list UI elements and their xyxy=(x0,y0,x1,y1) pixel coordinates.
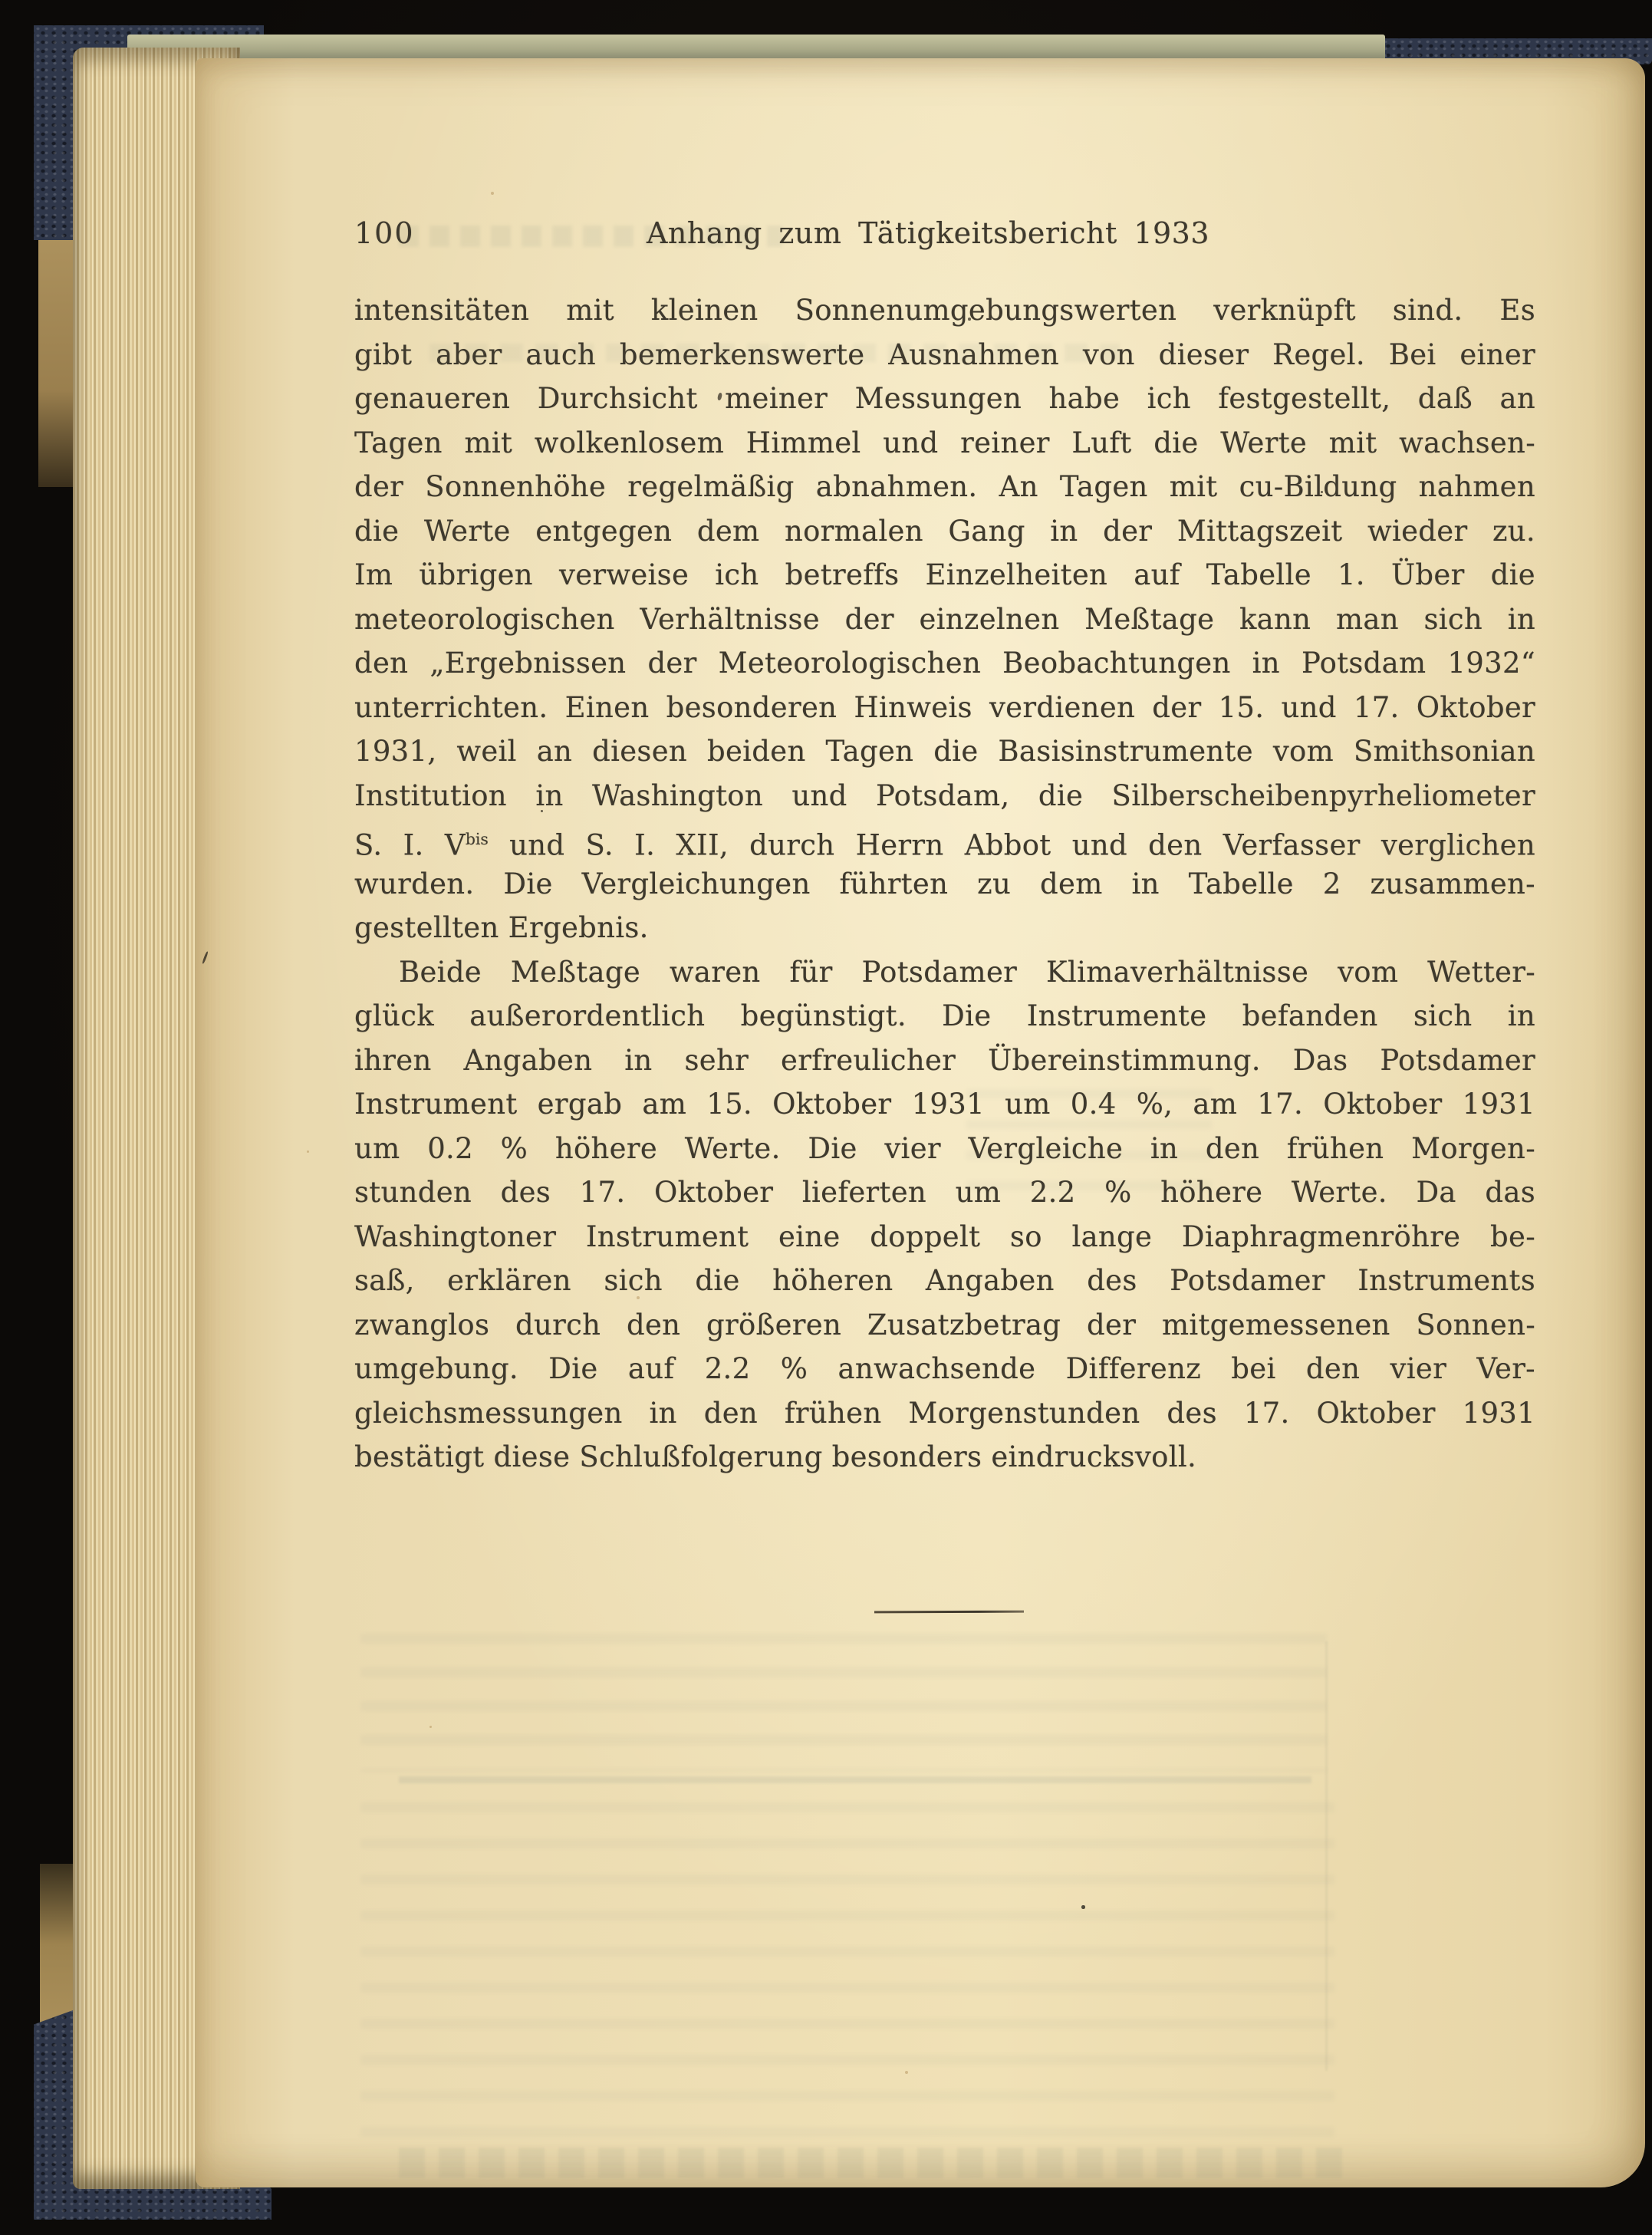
paper-freckle xyxy=(491,192,494,195)
text-line: glück außerordentlich begünstigt. Die In… xyxy=(354,994,1535,1039)
ink-speck xyxy=(1321,491,1323,493)
text-line: genaueren Durchsicht meiner Messungen ha… xyxy=(354,377,1535,421)
text-line: 1931, weil an diesen beiden Tagen die Ba… xyxy=(354,729,1535,774)
book-scan: 100 Anhang zum Tätigkeitsbericht 1933 in… xyxy=(0,0,1652,2235)
text-line: Washingtoner Instrument eine doppelt so … xyxy=(354,1215,1535,1259)
text-line: Beide Meßtage waren für Potsdamer Klimav… xyxy=(354,950,1535,995)
ink-speck xyxy=(1081,1905,1085,1909)
text-line: bestätigt diese Schlußfolgerung besonder… xyxy=(354,1435,1535,1480)
paper-freckle xyxy=(429,1726,432,1728)
text-line: Tagen mit wolkenlosem Himmel und reiner … xyxy=(354,421,1535,466)
paragraph: intensitäten mit kleinen Sonnenumgebungs… xyxy=(354,288,1535,950)
text-line: Instrument ergab am 15. Oktober 1931 um … xyxy=(354,1082,1535,1127)
paper-freckle xyxy=(307,1150,309,1153)
text-line: gleichsmessungen in den frühen Morgenstu… xyxy=(354,1391,1535,1436)
text-line: gestellten Ergebnis. xyxy=(354,906,1535,950)
text-line: saß, erklären sich die höheren Angaben d… xyxy=(354,1259,1535,1303)
text-line: stunden des 17. Oktober lieferten um 2.2… xyxy=(354,1170,1535,1215)
text-line: gibt aber auch bemerkenswerte Ausnahmen … xyxy=(354,333,1535,377)
text-line: intensitäten mit kleinen Sonnenumgebungs… xyxy=(354,288,1535,333)
text-line: um 0.2 % höhere Werte. Die vier Vergleic… xyxy=(354,1127,1535,1171)
ink-speck xyxy=(541,810,543,812)
text-line: ihren Angaben in sehr erfreulicher Übere… xyxy=(354,1039,1535,1083)
text-line: die Werte entgegen dem normalen Gang in … xyxy=(354,509,1535,554)
text-line: Institution in Washington und Potsdam, d… xyxy=(354,774,1535,818)
text-line: Im übrigen verweise ich betreffs Einzelh… xyxy=(354,553,1535,597)
paper-freckle xyxy=(905,2071,908,2074)
text-line: wurden. Die Vergleichungen führten zu de… xyxy=(354,862,1535,907)
ink-speck xyxy=(968,318,971,321)
text-block: intensitäten mit kleinen Sonnenumgebungs… xyxy=(354,288,1535,1480)
text-line: umgebung. Die auf 2.2 % anwachsende Diff… xyxy=(354,1347,1535,1391)
text-line: S. I. Vbis und S. I. XII, durch Herrn Ab… xyxy=(354,818,1535,862)
text-line: der Sonnenhöhe regelmäßig abnahmen. An T… xyxy=(354,465,1535,509)
running-header-title: Anhang zum Tätigkeitsbericht 1933 xyxy=(354,216,1535,250)
text-line: unterrichten. Einen besonderen Hinweis v… xyxy=(354,686,1535,730)
running-head-row: 100 Anhang zum Tätigkeitsbericht 1933 xyxy=(354,216,1535,252)
text-line: zwanglos durch den größeren Zusatzbetrag… xyxy=(354,1303,1535,1348)
text-line: meteorologischen Verhältnisse der einzel… xyxy=(354,597,1535,642)
paragraph: Beide Meßtage waren für Potsdamer Klimav… xyxy=(354,950,1535,1480)
text-line: den „Ergebnissen der Meteorologischen Be… xyxy=(354,641,1535,686)
